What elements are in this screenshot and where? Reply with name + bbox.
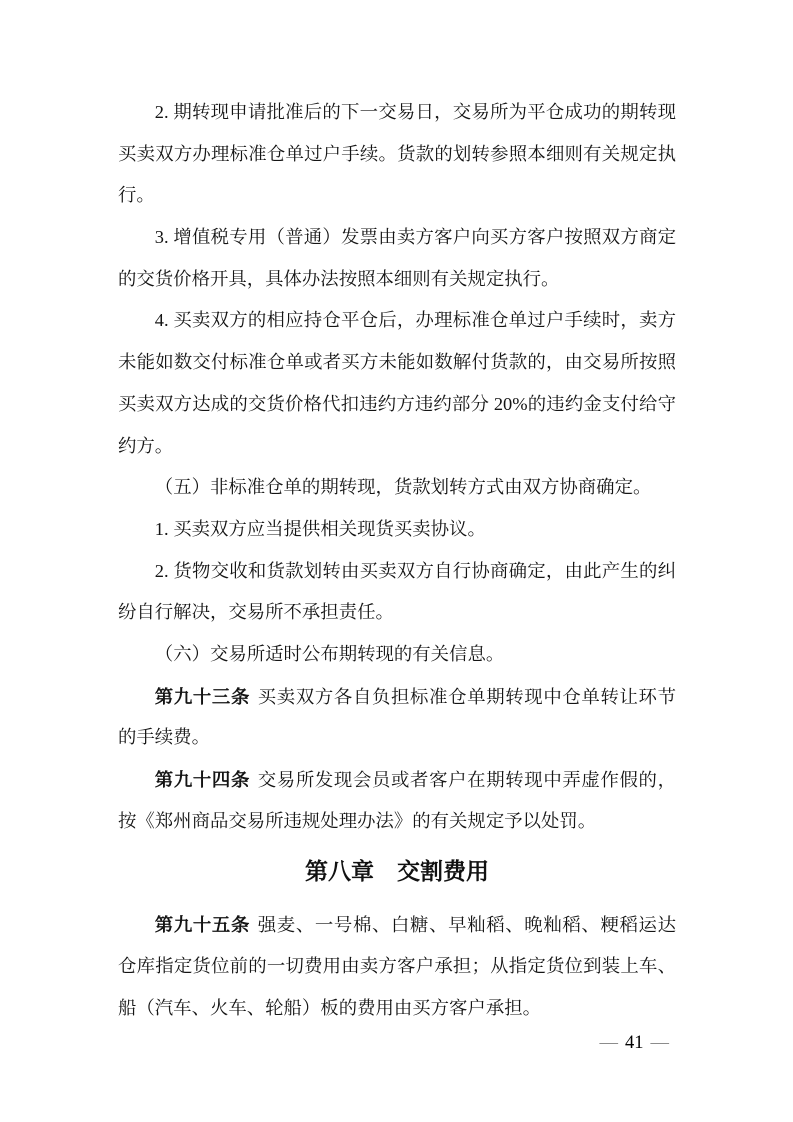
article-number: 第九十三条	[155, 686, 250, 707]
paragraph: 第九十三条买卖双方各自负担标准仓单期转现中仓单转让环节的手续费。	[118, 676, 676, 759]
text-line: 2. 期转现申请批准后的下一交易日，交易所为平仓成功的期转现	[118, 92, 676, 134]
document-content: 2. 期转现申请批准后的下一交易日，交易所为平仓成功的期转现买卖双方办理标准仓单…	[118, 92, 676, 1029]
page-number-dash-left: —	[593, 1033, 626, 1053]
text-line: 仓库指定货位前的一切费用由卖方客户承担；从指定货位到装上车、	[118, 946, 676, 988]
paragraph: 2. 期转现申请批准后的下一交易日，交易所为平仓成功的期转现买卖双方办理标准仓单…	[118, 92, 676, 217]
paragraph: 第九十五条强麦、一号棉、白糖、早籼稻、晚籼稻、粳稻运达仓库指定货位前的一切费用由…	[118, 904, 676, 1029]
paragraph: 第九十四条交易所发现会员或者客户在期转现中弄虚作假的，按《郑州商品交易所违规处理…	[118, 759, 676, 842]
text-line: 的手续费。	[118, 717, 676, 759]
text-line: 船（汽车、火车、轮船）板的费用由买方客户承担。	[118, 988, 676, 1030]
paragraph: 2. 货物交收和货款划转由买卖双方自行协商确定，由此产生的纠纷自行解决，交易所不…	[118, 551, 676, 634]
paragraph: （五）非标准仓单的期转现，货款划转方式由双方协商确定。	[118, 467, 676, 509]
paragraph: （六）交易所适时公布期转现的有关信息。	[118, 634, 676, 676]
page-number-dash-right: —	[644, 1033, 677, 1053]
paragraph: 4. 买卖双方的相应持仓平仓后，办理标准仓单过户手续时，卖方未能如数交付标准仓单…	[118, 300, 676, 467]
text-line: 买卖双方达成的交货价格代扣违约方违约部分 20%的违约金支付给守	[118, 384, 676, 426]
article-number: 第九十五条	[155, 914, 250, 935]
paragraph: 1. 买卖双方应当提供相关现货买卖协议。	[118, 509, 676, 551]
text-line: 纷自行解决，交易所不承担责任。	[118, 592, 676, 634]
page-number-value: 41	[625, 1033, 644, 1053]
text-line: 1. 买卖双方应当提供相关现货买卖协议。	[118, 509, 676, 551]
text-line: 第九十四条交易所发现会员或者客户在期转现中弄虚作假的，	[118, 759, 676, 801]
text-line: 未能如数交付标准仓单或者买方未能如数解付货款的，由交易所按照	[118, 342, 676, 384]
document-page: 2. 期转现申请批准后的下一交易日，交易所为平仓成功的期转现买卖双方办理标准仓单…	[0, 0, 793, 1122]
text-line: 第九十三条买卖双方各自负担标准仓单期转现中仓单转让环节	[118, 676, 676, 718]
text-line: 3. 增值税专用（普通）发票由卖方客户向买方客户按照双方商定	[118, 217, 676, 259]
text-line: （六）交易所适时公布期转现的有关信息。	[118, 634, 676, 676]
paragraph: 3. 增值税专用（普通）发票由卖方客户向买方客户按照双方商定的交货价格开具，具体…	[118, 217, 676, 300]
text-line: （五）非标准仓单的期转现，货款划转方式由双方协商确定。	[118, 467, 676, 509]
text-line: 第九十五条强麦、一号棉、白糖、早籼稻、晚籼稻、粳稻运达	[118, 904, 676, 946]
text-line: 按《郑州商品交易所违规处理办法》的有关规定予以处罚。	[118, 801, 676, 843]
text-line: 行。	[118, 175, 676, 217]
text-line: 约方。	[118, 426, 676, 468]
text-line: 买卖双方办理标准仓单过户手续。货款的划转参照本细则有关规定执	[118, 134, 676, 176]
page-number: —41—	[593, 1031, 677, 1055]
text-line: 4. 买卖双方的相应持仓平仓后，办理标准仓单过户手续时，卖方	[118, 300, 676, 342]
chapter-heading: 第八章 交割费用	[118, 850, 676, 892]
text-line: 的交货价格开具，具体办法按照本细则有关规定执行。	[118, 259, 676, 301]
text-line: 2. 货物交收和货款划转由买卖双方自行协商确定，由此产生的纠	[118, 551, 676, 593]
article-number: 第九十四条	[155, 769, 250, 790]
